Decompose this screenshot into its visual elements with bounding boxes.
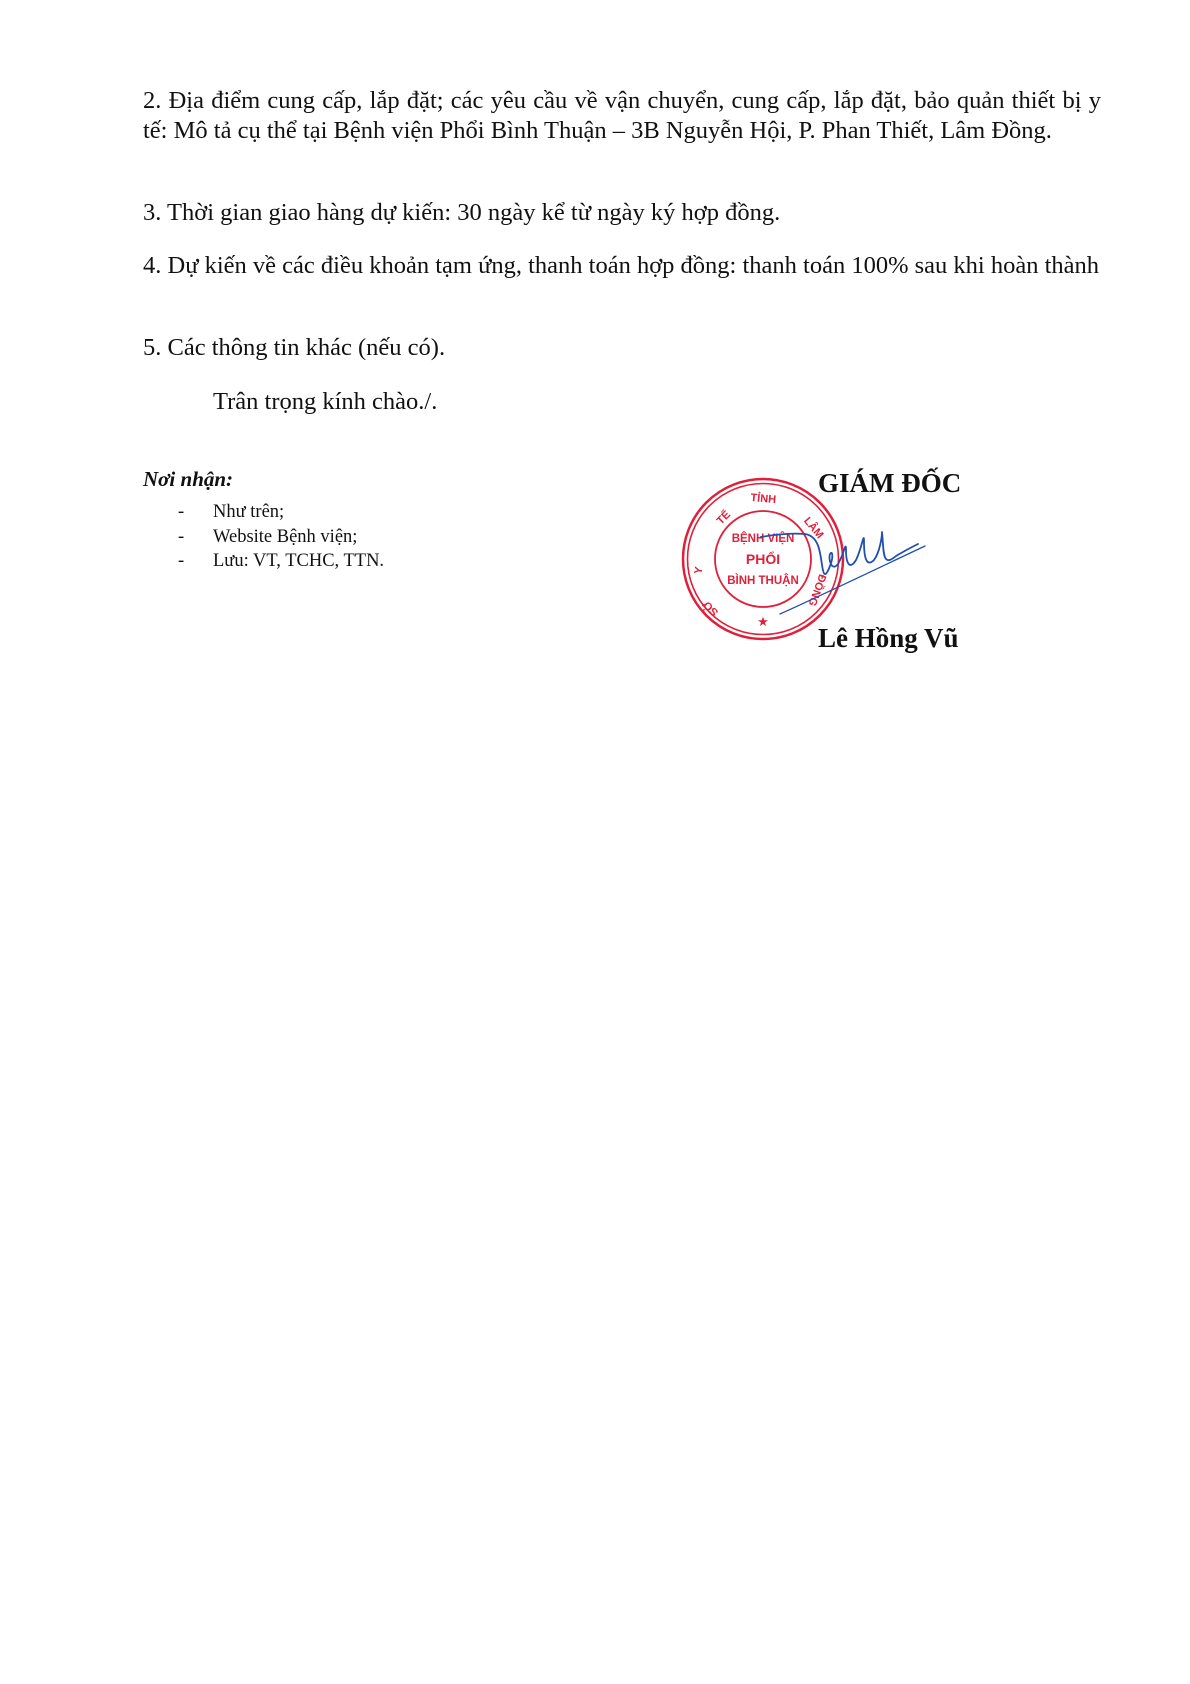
stamp-ring-top: TỈNH	[750, 491, 777, 506]
stamp-ring-left-3: SỞ	[700, 598, 721, 619]
bullet-dash: -	[178, 500, 184, 525]
recipient-text: Như trên;	[213, 502, 284, 522]
bullet-dash: -	[178, 525, 184, 550]
recipients-title: Nơi nhận:	[143, 467, 233, 492]
paragraph-other-info: 5. Các thông tin khác (nếu có).	[143, 333, 1101, 363]
paragraph-payment-terms: 4. Dự kiến về các điều khoản tạm ứng, th…	[143, 251, 1101, 281]
paragraph-delivery-location: 2. Địa điểm cung cấp, lắp đặt; các yêu c…	[143, 86, 1101, 145]
recipient-item: -Website Bệnh viện;	[143, 525, 384, 550]
signer-name: Lê Hồng Vũ	[818, 623, 959, 654]
recipients-list: -Như trên; -Website Bệnh viện; -Lưu: VT,…	[143, 500, 384, 574]
recipient-item: -Lưu: VT, TCHC, TTN.	[143, 549, 384, 574]
paragraph-delivery-time: 3. Thời gian giao hàng dự kiến: 30 ngày …	[143, 198, 1101, 228]
handwritten-signature	[760, 510, 960, 620]
recipient-text: Lưu: VT, TCHC, TTN.	[213, 551, 384, 571]
closing-greeting: Trân trọng kính chào./.	[213, 387, 437, 417]
bullet-dash: -	[178, 549, 184, 574]
recipient-item: -Như trên;	[143, 500, 384, 525]
recipient-text: Website Bệnh viện;	[213, 527, 357, 547]
stamp-ring-left-1: Y	[692, 565, 705, 575]
